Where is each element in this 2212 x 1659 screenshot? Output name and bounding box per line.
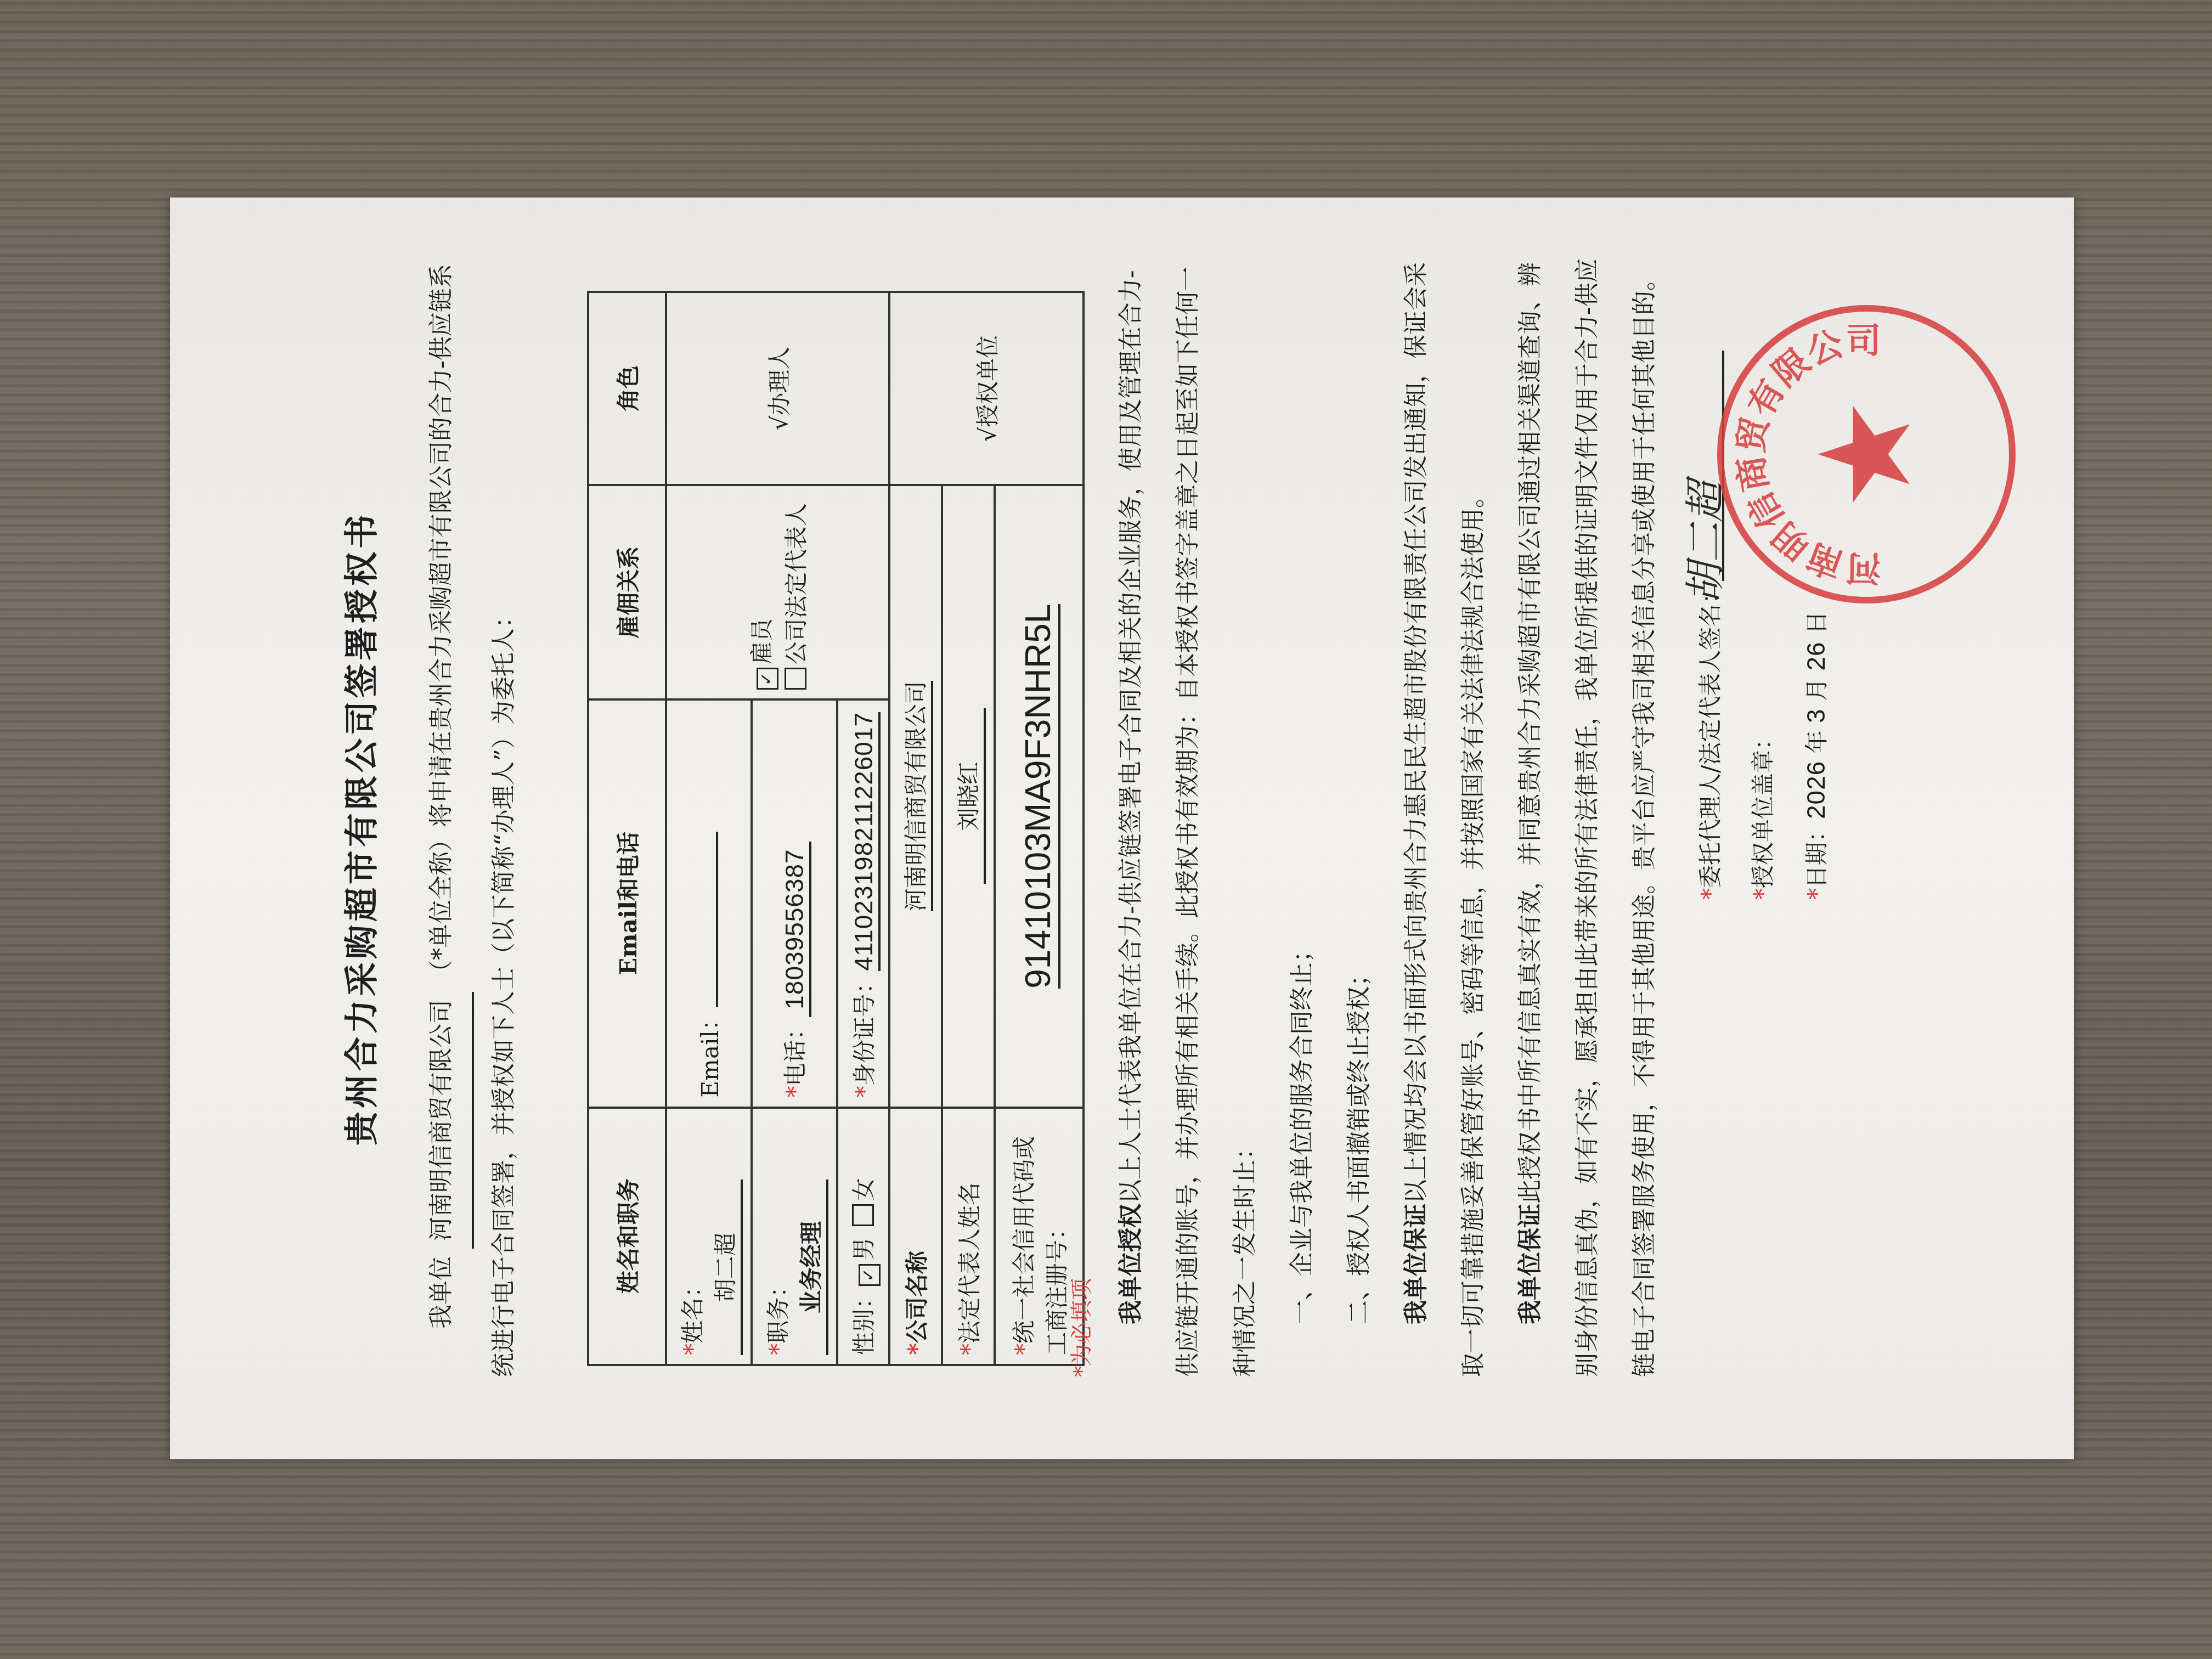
company-name-field[interactable]: 河南明信商贸有限公司 xyxy=(898,681,933,911)
header-email-phone: Email和电话 xyxy=(588,699,666,1107)
intro-prefix: 我单位 xyxy=(427,1256,455,1329)
stamp-star-icon: ★ xyxy=(1803,398,1929,511)
paragraph-guarantee-2: 我单位保证此授权书中所有信息真实有效，并同意贵州合力采购超市有限公司通过相关渠道… xyxy=(1502,252,1673,1377)
table-header-row: 姓名和职务 Email和电话 雇佣关系 角色 xyxy=(588,292,666,1365)
handwritten-signature: 胡二超 xyxy=(1673,482,1731,603)
credit-code-field[interactable]: 91410103MA9F3NHR5L xyxy=(1018,604,1060,989)
company-role-cell: √授权单位 xyxy=(889,292,1084,485)
paragraph-condition-1: 一、企业与我单位的服务合同终止； xyxy=(1274,252,1331,1377)
unit-name-field[interactable]: 河南明信商贸有限公司 xyxy=(411,992,474,1249)
agent-role-cell: √办理人 xyxy=(666,292,889,485)
company-name-cell: 河南明信商贸有限公司 xyxy=(889,485,942,1107)
header-employment: 雇佣关系 xyxy=(588,485,666,699)
agent-id-cell: *身份证号：411023198211226017 xyxy=(837,699,889,1107)
agent-name-field[interactable]: 胡二超 xyxy=(708,1180,743,1355)
required-note: *为必填项 xyxy=(1064,1278,1096,1377)
agent-id-field[interactable]: 411023198211226017 xyxy=(849,712,881,971)
agent-gender-cell: 性别：✓男 女 xyxy=(837,1108,889,1365)
company-seal-stamp: 河南明信商贸有限公司 ★ xyxy=(1717,305,2016,603)
document-title: 贵州合力采购超市有限公司签署授权书 xyxy=(335,198,383,1459)
paragraph-condition-2: 二、授权人书面撤销或终止授权； xyxy=(1331,252,1388,1377)
header-name-position: 姓名和职务 xyxy=(588,1108,666,1365)
agent-email-cell: Email： xyxy=(666,699,752,1107)
body-text: 我单位授权以上人士代表我单位在合力-供应链签署电子合同及相关的企业服务，使用及管… xyxy=(1103,252,1673,1377)
paragraph-authorization: 我单位授权以上人士代表我单位在合力-供应链签署电子合同及相关的企业服务，使用及管… xyxy=(1103,252,1274,1377)
agent-email-field[interactable] xyxy=(716,832,718,1007)
agent-phone-field[interactable]: 18039556387 xyxy=(780,842,811,1017)
legal-rep-field[interactable]: 刘晓红 xyxy=(951,708,986,884)
intro-paragraph: 我单位 河南明信商贸有限公司 （*单位全称）将申请在贵州合力采购超市有限公司的合… xyxy=(411,252,534,1377)
checkbox-empty-icon[interactable] xyxy=(785,668,806,690)
agent-phone-cell: *电话：18039556387 xyxy=(752,699,837,1107)
credit-code-cell: 91410103MA9F3NHR5L xyxy=(995,485,1084,1107)
header-role: 角色 xyxy=(588,292,666,485)
company-row-1: *公司名称 河南明信商贸有限公司 √授权单位 xyxy=(889,292,942,1365)
agent-position-cell: *职务：业务经理 xyxy=(752,1108,837,1365)
checkbox-checked-icon[interactable]: ✓ xyxy=(757,668,778,690)
agent-position-field[interactable]: 业务经理 xyxy=(793,1180,828,1355)
legal-rep-cell: 刘晓红 xyxy=(942,485,995,1107)
checkbox-checked-icon[interactable]: ✓ xyxy=(859,1264,881,1286)
paragraph-guarantee-1: 我单位保证以上情况均会以书面形式向贵州合力惠民民生超市股份有限责任公司发出通知，… xyxy=(1388,252,1502,1377)
agent-name-cell: *姓名：胡二超 xyxy=(666,1108,752,1365)
company-name-label-cell: *公司名称 xyxy=(889,1108,942,1365)
legal-rep-label-cell: *法定代表人姓名 xyxy=(942,1108,995,1365)
employment-option-employee[interactable]: ✓雇员 xyxy=(744,495,778,690)
employment-cell: ✓雇员 公司法定代表人 xyxy=(666,485,889,699)
photo-of-document: 贵州合力采购超市有限公司签署授权书 我单位 河南明信商贸有限公司 （*单位全称）… xyxy=(170,198,2074,1459)
authorization-table: 姓名和职务 Email和电话 雇佣关系 角色 *姓名：胡二超 Email： ✓雇… xyxy=(587,291,1085,1366)
employment-option-legal-rep[interactable]: 公司法定代表人 xyxy=(778,495,811,690)
agent-row-1: *姓名：胡二超 Email： ✓雇员 公司法定代表人 √办理人 xyxy=(666,292,752,1365)
authorization-letter-page: 贵州合力采购超市有限公司签署授权书 我单位 河南明信商贸有限公司 （*单位全称）… xyxy=(170,198,2074,1459)
checkbox-empty-icon[interactable] xyxy=(852,1204,874,1226)
unit-name-hint: （*单位全称） xyxy=(427,827,455,984)
